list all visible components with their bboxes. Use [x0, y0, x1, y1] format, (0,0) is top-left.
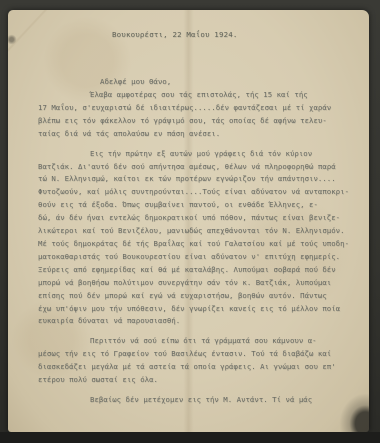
letter-line: ταίας διά νά τάς απολαύσω εν πάση ανέσει… — [38, 128, 362, 141]
letter-line: λικώτεροι καί τού Βενιζέλου, μανιωδώς απ… — [38, 225, 362, 238]
letter-line: διασκεδάζει μεγάλα μέ τά αστεία τά οποία… — [38, 361, 362, 374]
letter-line: Έλαβα αμφοτέρας σου τάς επιστολάς, τής 1… — [38, 89, 362, 102]
letter-line: έχω υπ'όψιν μου τήν υπόθεσιν, δέν γνωρίζ… — [38, 303, 362, 316]
letter-line: Περιττόν νά σού είπω ότι τά γράμματά σου… — [38, 335, 362, 348]
scanner-bottom-band — [0, 432, 380, 443]
letter-line: 17 Μαΐου, σ'ευχαριστώ δέ ιδιαιτέρως.....… — [38, 102, 362, 115]
letter-body: Έλαβα αμφοτέρας σου τάς επιστολάς, τής 1… — [38, 89, 362, 414]
letter-line: τώ Ν. Ελληνισμώ, καίτοι εκ τών προτέρων … — [38, 173, 362, 186]
letter-line: βλέπω εις τόν φάκελλον τό γράψιμό σου, τ… — [38, 115, 362, 128]
letter-paragraph: Εις τήν πρώτην εξ αυτών μού γράφεις διά … — [38, 148, 362, 329]
letter-line: δώ, άν δέν ήναι εντελώς δημοκρατικοί υπό… — [38, 212, 362, 225]
letter-dateline: Βουκουρέστι, 22 Μαΐου 1924. — [112, 30, 238, 39]
letter-line: Βατζιάκ. Δι'αυτό δέν σού απήντησα αμέσως… — [38, 161, 362, 174]
letter-line: Εις τήν πρώτην εξ αυτών μού γράφεις διά … — [38, 148, 362, 161]
letter-line: μέσως τήν εις τό Γραφείον τού Βασιλέως έ… — [38, 348, 362, 361]
letter-paragraph: Βεβαίως δέν μετέχομεν εις τήν Μ. Αντάντ.… — [38, 394, 362, 407]
letter-line: ματοκαθαριστάς τού Βουκουρεστίου είναι α… — [38, 251, 362, 264]
letter-line: μπορώ νά βοηθήσω πολύτιμον συνεργάτην σά… — [38, 277, 362, 290]
letter-paragraph: Περιττόν νά σού είπω ότι τά γράμματά σου… — [38, 335, 362, 387]
letter-line: ευκαιρία δύναται νά παρουσιασθή. — [38, 315, 362, 328]
letter-line: Ξεύρεις από εφημερίδας καί θά μέ καταλάβ… — [38, 264, 362, 277]
letter-line: θούν εις τά έξοδα. Όπως συμβαίνει παντού… — [38, 199, 362, 212]
letter-line: Μέ τούς δημοκράτας δέ τής Βραΐλας καί το… — [38, 238, 362, 251]
letter-paragraph: Έλαβα αμφοτέρας σου τάς επιστολάς, τής 1… — [38, 89, 362, 141]
letter-paper: Βουκουρέστι, 22 Μαΐου 1924. Αδελφέ μου Θ… — [8, 10, 369, 432]
letter-line: επίσης πού δέν μπορώ καί εγώ νά ευχαριστ… — [38, 290, 362, 303]
letter-line: ετέρου πολύ σωσταί εις όλα. — [38, 374, 362, 387]
letter-line: Βεβαίως δέν μετέχομεν εις τήν Μ. Αντάντ.… — [38, 394, 362, 407]
letter-line: Φυτοζωούν, καί μόλις συντηρούνται....Τού… — [38, 186, 362, 199]
letter-salutation: Αδελφέ μου Θάνο, — [100, 77, 171, 86]
